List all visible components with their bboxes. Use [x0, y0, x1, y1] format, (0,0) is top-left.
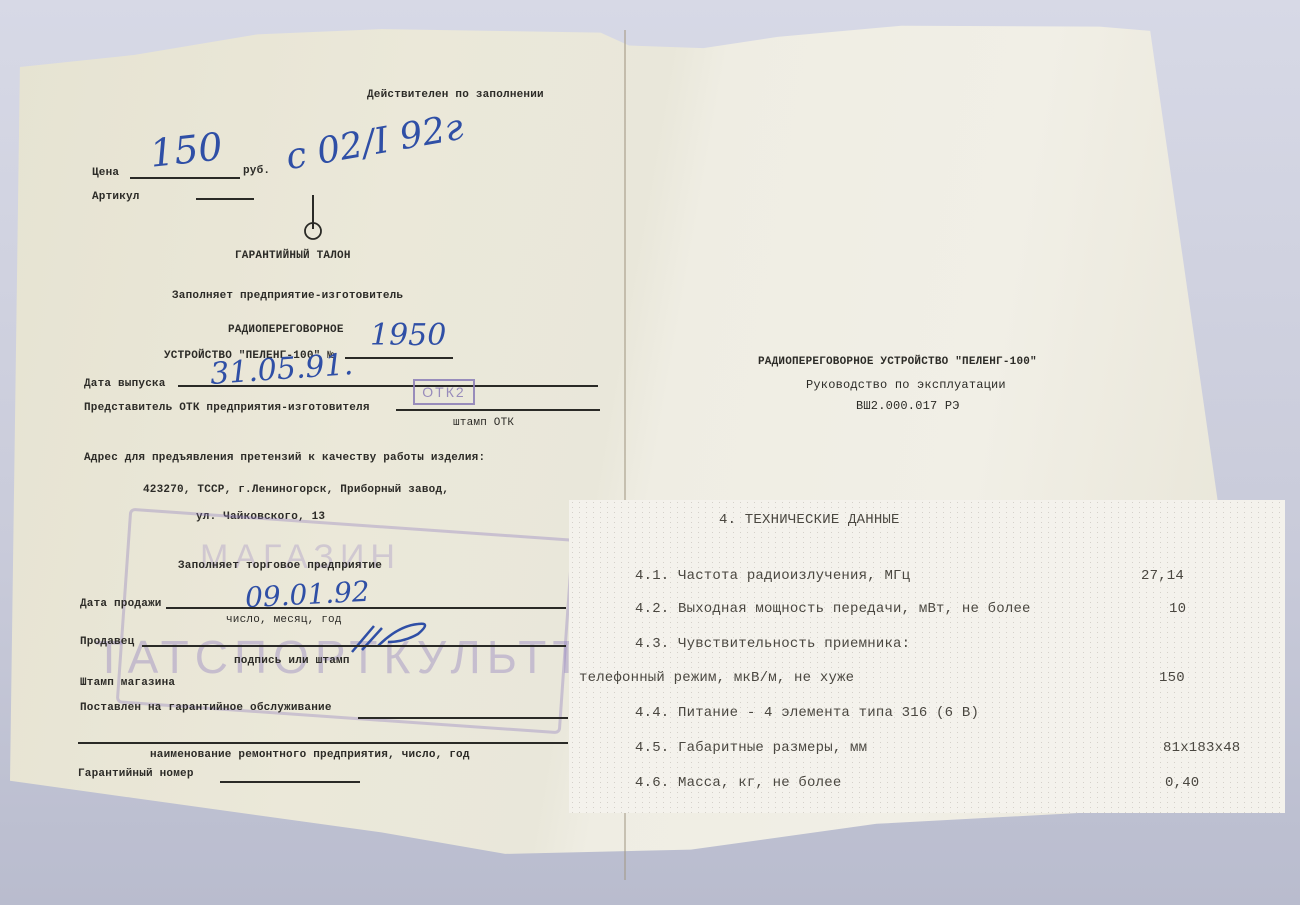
article-label: Артикул — [92, 191, 140, 203]
seller-signature-icon — [348, 616, 438, 656]
release-date-line — [178, 385, 598, 387]
tech-data-heading: 4. ТЕХНИЧЕСКИЕ ДАННЫЕ — [719, 512, 900, 528]
claims-label: Адрес для предъявления претензий к качес… — [84, 452, 485, 464]
sale-date-label: Дата продажи — [80, 598, 162, 610]
seller-caption: подпись или штамп — [234, 655, 350, 667]
warranty-service-label: Поставлен на гарантийное обслуживание — [80, 702, 332, 714]
serial-number: 1950 — [370, 318, 446, 353]
tech-item-label: телефонный режим, мкВ/м, не хуже — [579, 670, 854, 686]
manual-title-line-2: Руководство по эксплуатации — [806, 378, 1006, 392]
release-date-label: Дата выпуска — [84, 378, 166, 390]
valid-note: Действителен по заполнении — [367, 89, 544, 101]
otk-stamp: ОТК2 — [413, 379, 475, 405]
sale-date-line — [166, 607, 566, 609]
tech-item-value: 27,14 — [1141, 568, 1184, 584]
shop-stamp-label: Штамп магазина — [80, 677, 175, 689]
article-line — [196, 198, 254, 200]
trade-section-label: Заполняет торговое предприятие — [178, 560, 382, 572]
otk-rep-line — [396, 409, 600, 411]
address-line-1: 423270, ТССР, г.Лениногорск, Приборный з… — [143, 484, 449, 496]
price-label: Цена — [92, 167, 119, 179]
manufacturer-section-label: Заполняет предприятие-изготовитель — [172, 290, 403, 302]
tech-item-value: 10 — [1169, 601, 1186, 617]
warranty-number-line — [220, 781, 360, 783]
warranty-title: ГАРАНТИЙНЫЙ ТАЛОН — [235, 250, 351, 262]
tech-item-label: 4.1. Частота радиоизлучения, МГц — [635, 568, 910, 584]
price-currency: руб. — [243, 165, 270, 177]
repair-line — [78, 742, 568, 744]
serial-line — [345, 357, 453, 359]
device-line-1: РАДИОПЕРЕГОВОРНОЕ — [228, 324, 344, 336]
manual-doc-code: ВШ2.000.017 РЭ — [856, 399, 960, 413]
factory-logo-icon — [301, 193, 325, 241]
tech-item-label: 4.5. Габаритные размеры, мм — [635, 740, 867, 756]
tech-item-label: 4.2. Выходная мощность передачи, мВт, не… — [635, 601, 1031, 617]
warranty-number-label: Гарантийный номер — [78, 768, 194, 780]
otk-rep-label: Представитель ОТК предприятия-изготовите… — [84, 402, 370, 414]
tech-item-label: 4.4. Питание - 4 элемента типа 316 (6 В) — [635, 705, 979, 721]
tech-item-value: 0,40 — [1165, 775, 1199, 791]
warranty-service-line — [358, 717, 568, 719]
tech-data-inset: 4. ТЕХНИЧЕСКИЕ ДАННЫЕ 4.1. Частота радио… — [569, 500, 1285, 813]
manual-title-line-1: РАДИОПЕРЕГОВОРНОЕ УСТРОЙСТВО "ПЕЛЕНГ-100… — [758, 356, 1037, 368]
otk-stamp-caption: штамп ОТК — [453, 417, 514, 429]
price-value: 150 — [148, 124, 225, 175]
tech-item-value: 150 — [1159, 670, 1185, 686]
price-line — [130, 177, 240, 179]
tech-item-label: 4.6. Масса, кг, не более — [635, 775, 841, 791]
tech-item-value: 81x183x48 — [1163, 740, 1240, 756]
seller-label: Продавец — [80, 636, 134, 648]
sale-date-caption: число, месяц, год — [226, 614, 342, 626]
repair-caption: наименование ремонтного предприятия, чис… — [150, 749, 470, 761]
seller-line — [142, 645, 566, 647]
tech-item-label: 4.3. Чувствительность приемника: — [635, 636, 910, 652]
